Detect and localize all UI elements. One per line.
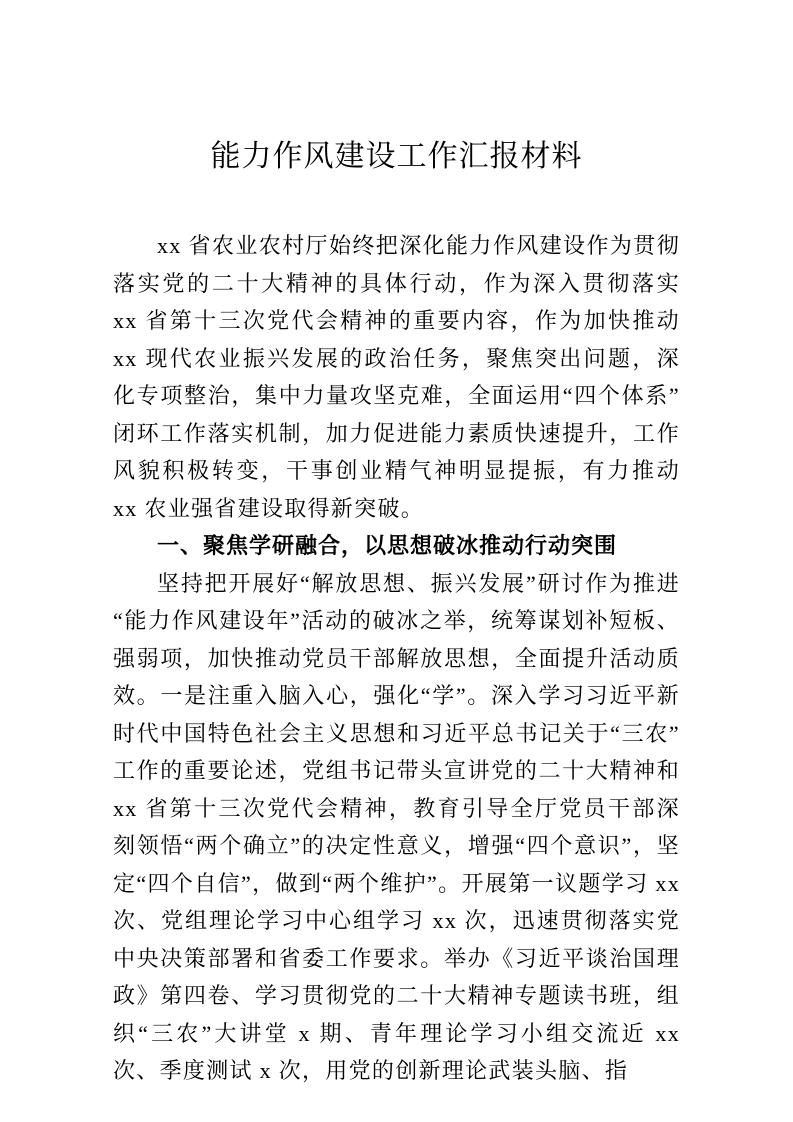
document-body: xx 省农业农村厅始终把深化能力作风建设作为贯彻落实党的二十大精神的具体行动，作…	[113, 227, 680, 1090]
document-page: 能力作风建设工作汇报材料 xx 省农业农村厅始终把深化能力作风建设作为贯彻落实党…	[0, 0, 793, 1122]
document-title: 能力作风建设工作汇报材料	[113, 135, 680, 179]
body-paragraph: xx 省农业农村厅始终把深化能力作风建设作为贯彻落实党的二十大精神的具体行动，作…	[113, 227, 680, 527]
section-heading: 一、聚焦学研融合，以思想破冰推动行动突围	[113, 527, 680, 565]
body-paragraph: 坚持把开展好“解放思想、振兴发展”研讨作为推进“能力作风建设年”活动的破冰之举，…	[113, 565, 680, 1090]
